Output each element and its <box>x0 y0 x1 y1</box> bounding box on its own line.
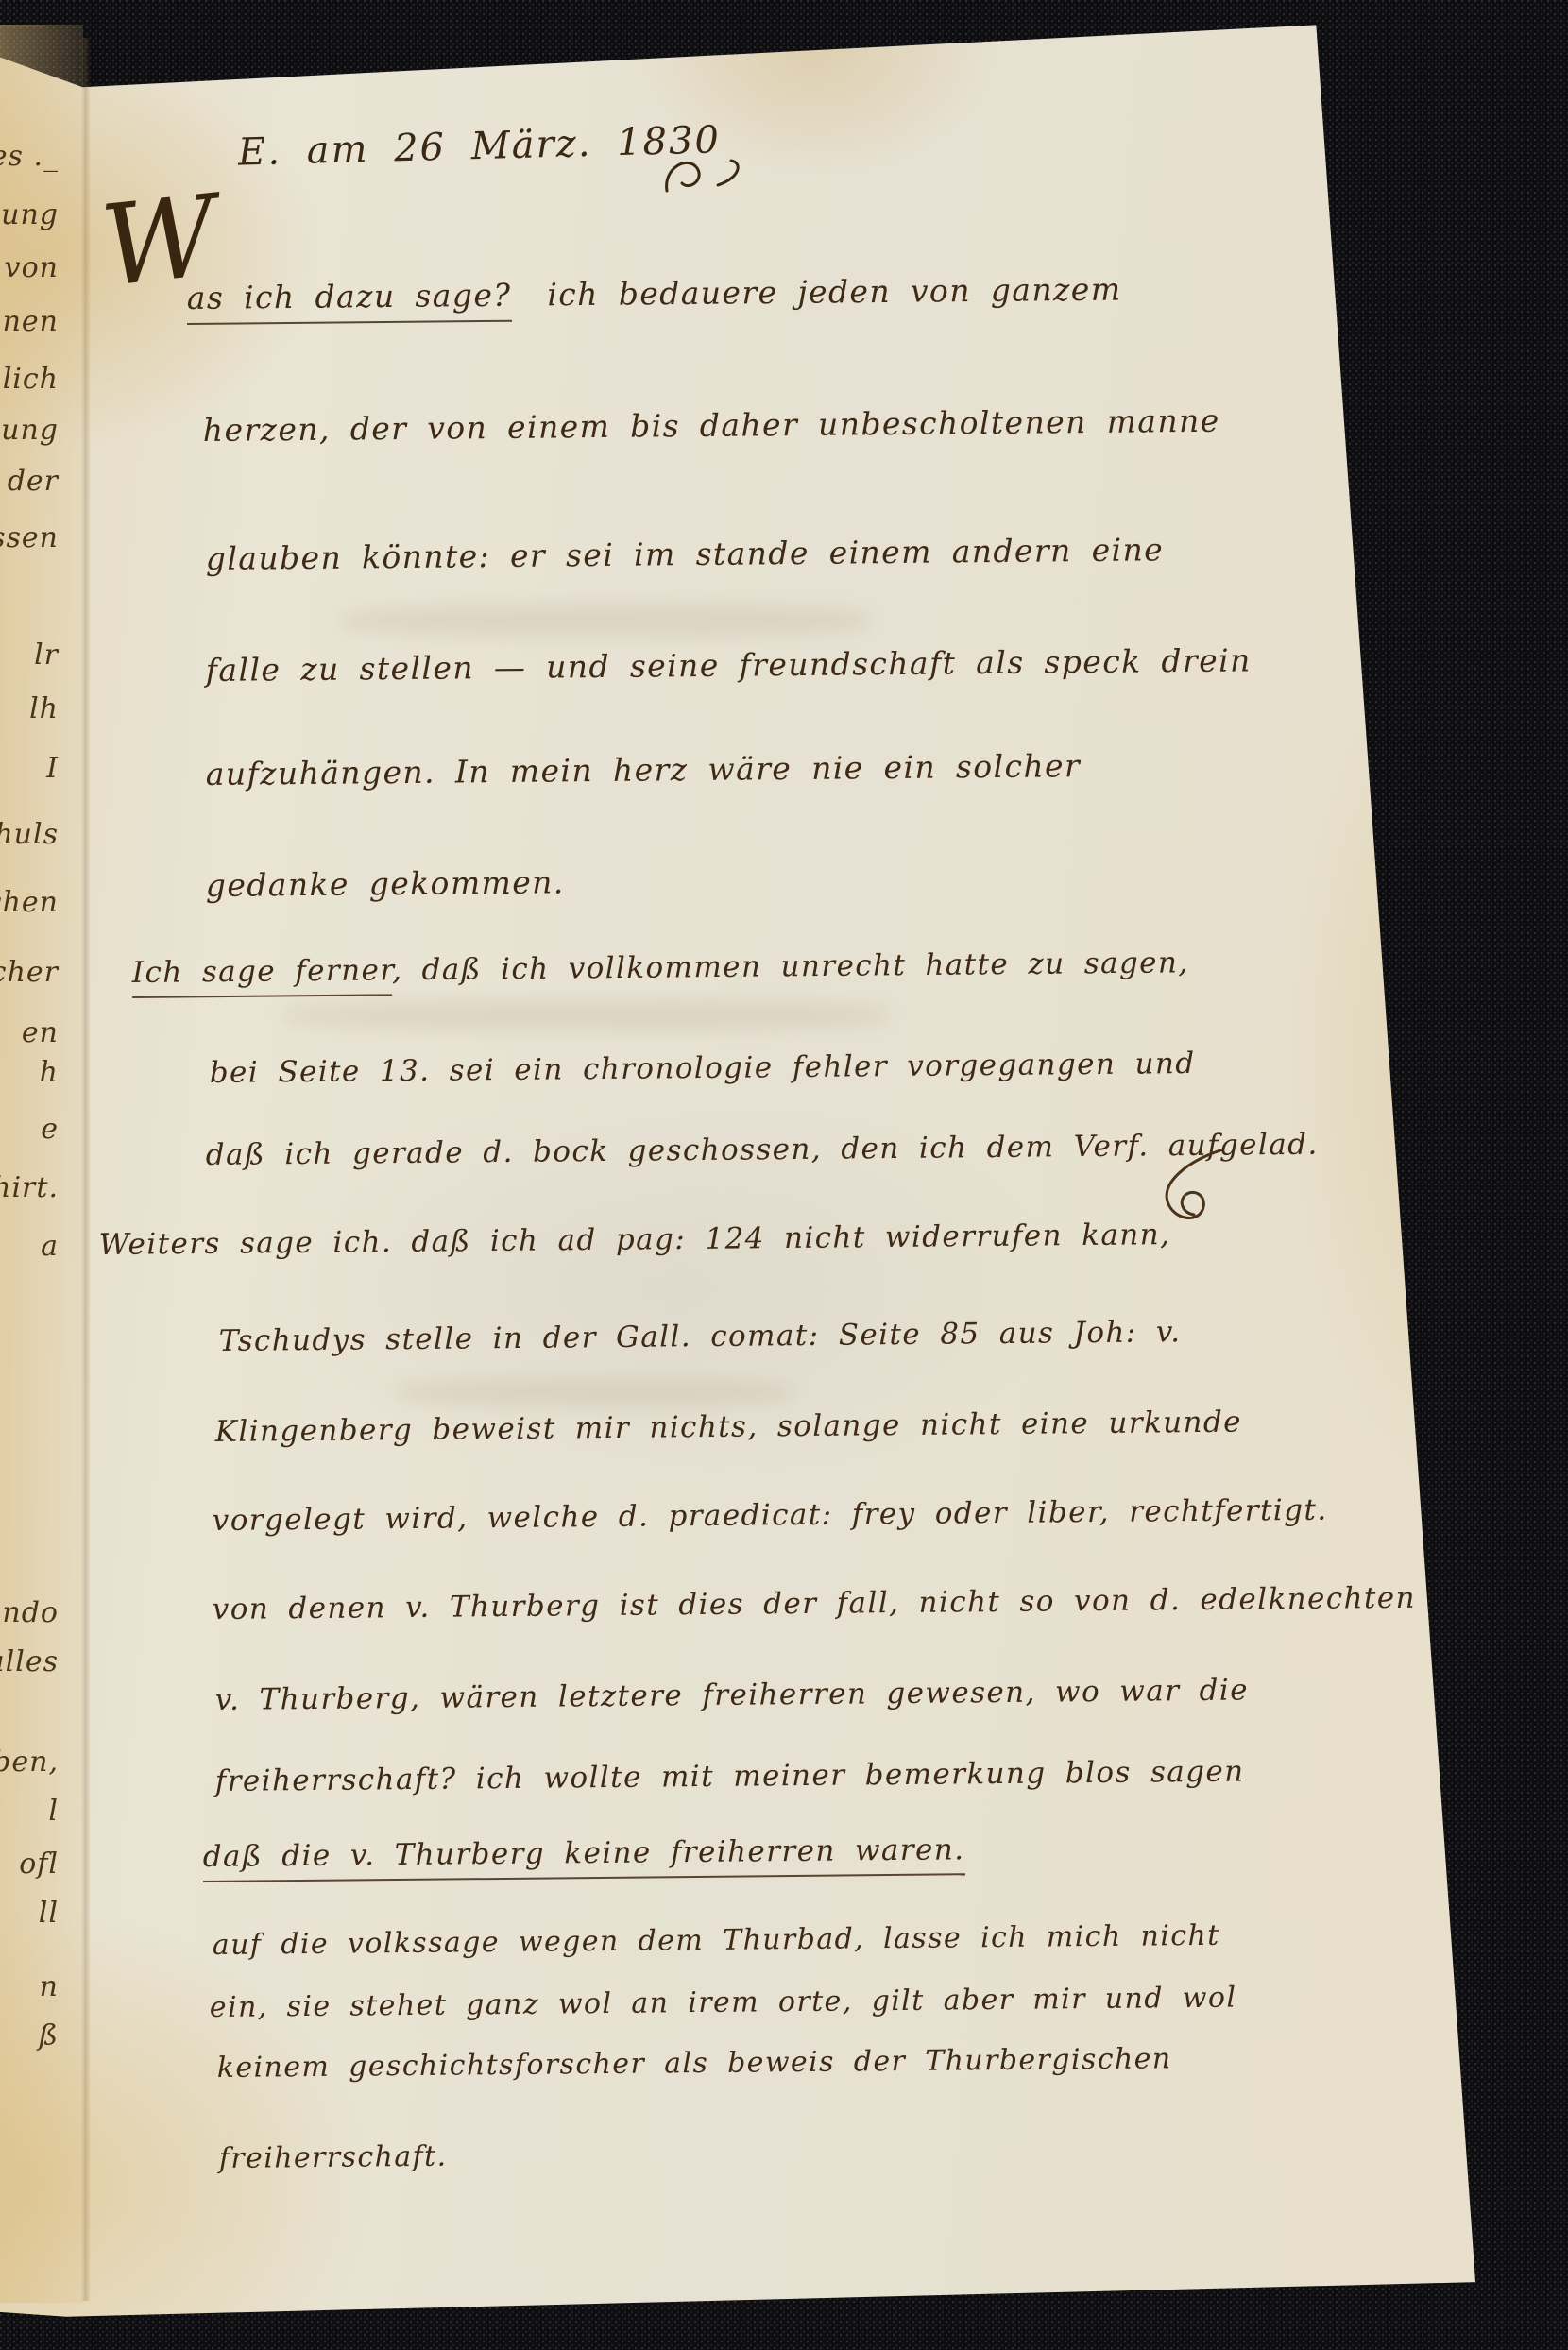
manuscript-scan: { "document_kind": "handwritten letter p… <box>0 0 1568 2350</box>
underlined-opening: Ich sage ferner <box>132 953 393 998</box>
edge-fragment: I <box>0 752 59 795</box>
page-fold-crease <box>81 38 91 2301</box>
edge-fragment: a <box>0 1230 59 1273</box>
edge-fragment: cher <box>0 956 59 999</box>
edge-fragment: inen <box>0 305 59 349</box>
edge-fragment: cundo <box>0 1596 59 1640</box>
ink-bleedthrough <box>397 1379 793 1405</box>
edge-fragment: n <box>0 1970 59 2014</box>
edge-fragment: kung <box>0 198 59 242</box>
edge-fragment: huls <box>0 818 59 861</box>
edge-fragment: lh <box>0 692 59 736</box>
edge-fragment: ofl <box>0 1848 59 1891</box>
text-line: daß die v. Thurberg keine freiherren war… <box>203 1832 965 1874</box>
edge-fragment: ltes ._ <box>0 140 59 183</box>
text-line: gedanke gekommen. <box>206 863 565 904</box>
ink-bleedthrough <box>340 605 869 637</box>
edge-fragment: e <box>0 1113 59 1156</box>
edge-fragment: ll <box>0 1897 59 1940</box>
edge-fragment: hirt. <box>0 1171 59 1215</box>
underlined-statement: daß die v. Thurberg keine freiherren war… <box>203 1832 965 1882</box>
edge-fragment: h <box>0 1056 59 1099</box>
edge-fragment: ssen <box>0 521 59 565</box>
edge-fragment: ß <box>0 2019 59 2063</box>
edge-fragment: ischen <box>0 886 59 929</box>
edge-fragment: l <box>0 1795 59 1838</box>
edge-fragment: ben, <box>0 1745 59 1789</box>
edge-fragment: lr <box>0 639 59 682</box>
underlined-opening: as ich dazu sage? <box>187 277 512 325</box>
line-text: ich bedauere jeden von ganzem <box>547 271 1121 314</box>
ink-bleedthrough <box>283 1001 888 1030</box>
edge-fragment: kung <box>0 414 59 457</box>
edge-fragment: lich <box>0 363 59 406</box>
edge-fragment: der <box>0 465 59 508</box>
text-line: freiherrschaft. <box>219 2140 448 2175</box>
manuscript-page <box>0 23 1475 2324</box>
edge-fragment: en <box>0 1016 59 1060</box>
edge-fragment: von <box>0 251 59 295</box>
edge-fragment: alles <box>0 1645 59 1689</box>
dateline-flourish-icon <box>661 149 746 206</box>
